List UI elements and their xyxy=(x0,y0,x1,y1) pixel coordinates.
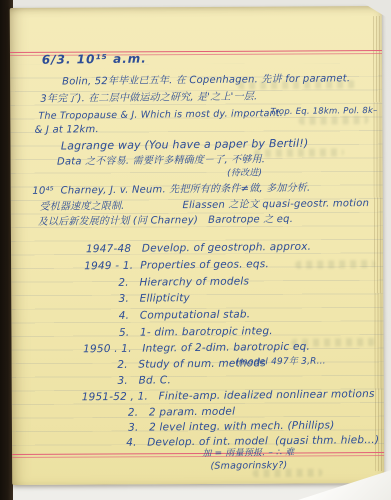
handwritten-line: 10⁴⁵ Charney, J. v. Neum. 先把所有的条件≠做, 多加分… xyxy=(32,184,310,197)
handwriting-layer: 6/3. 10¹⁵ a.m. Bolin, 52年毕业已五年. 在 Copenh… xyxy=(0,0,391,500)
handwritten-line: 2. 2 param. model xyxy=(128,407,235,419)
bleedthrough-mark xyxy=(299,116,369,125)
handwritten-line: The Tropopause & J. Which is most dy. im… xyxy=(38,109,283,121)
handwritten-line: 受机器速度之限制. xyxy=(39,202,124,213)
handwritten-line: & J at 12km. xyxy=(35,125,99,136)
handwritten-line: 3. Ellipticity xyxy=(119,293,190,304)
handwritten-line: 2. Hierarchy of models xyxy=(118,276,249,288)
notebook-photo: 6/3. 10¹⁵ a.m. Bolin, 52年毕业已五年. 在 Copenh… xyxy=(0,0,391,500)
handwritten-line: Lagrange way (You have a paper by Bertil… xyxy=(61,138,309,152)
handwritten-line: 3. Bd. C. xyxy=(117,375,171,386)
handwritten-line: 加 = 雨量预报. – ∴ 难 xyxy=(202,449,294,459)
handwritten-line: 1949 - 1. Properties of geos. eqs. xyxy=(84,259,269,272)
handwritten-line: Trop. Eq. 18km. Pol. 8k– xyxy=(270,107,377,117)
handwritten-line: 3年完了). 在二层中做运动之研究, 是'之上'一层. xyxy=(40,92,257,104)
handwritten-line: 3. 2 level integ. with mech. (Phillips) xyxy=(128,420,335,433)
handwritten-line: 4. Develop. of int. model (quasi thm. hi… xyxy=(126,435,379,448)
handwritten-line: Eliassen 之论文 quasi-geostr. motion xyxy=(182,199,369,211)
handwritten-line: 1950 . 1. Integr. of 2-dim. barotropic e… xyxy=(83,342,310,355)
notebook-page: 6/3. 10¹⁵ a.m. Bolin, 52年毕业已五年. 在 Copenh… xyxy=(10,6,384,485)
handwritten-line: (model 497年 3,R… xyxy=(235,358,326,368)
date-header: 6/3. 10¹⁵ a.m. xyxy=(42,53,147,66)
handwritten-line: 及以后新发展的计划 (问 Charney) Barotrope 之 eq. xyxy=(38,215,293,228)
bleedthrough-mark xyxy=(295,260,375,269)
handwritten-line: 1947-48 Develop. of geostroph. approx. xyxy=(86,242,311,255)
handwritten-line: 5. 1- dim. barotropic integ. xyxy=(119,326,273,338)
handwritten-line: 1951-52 , 1. Finite-amp. idealized nonli… xyxy=(82,389,375,403)
handwritten-line: Data 之不容易. 需要许多精确度－了, 不够用. xyxy=(57,155,265,167)
handwritten-line: 4. Computational stab. xyxy=(119,309,251,321)
handwritten-line: (Smagorinsky?) xyxy=(210,461,287,471)
handwritten-line: (待改进) xyxy=(227,169,262,178)
